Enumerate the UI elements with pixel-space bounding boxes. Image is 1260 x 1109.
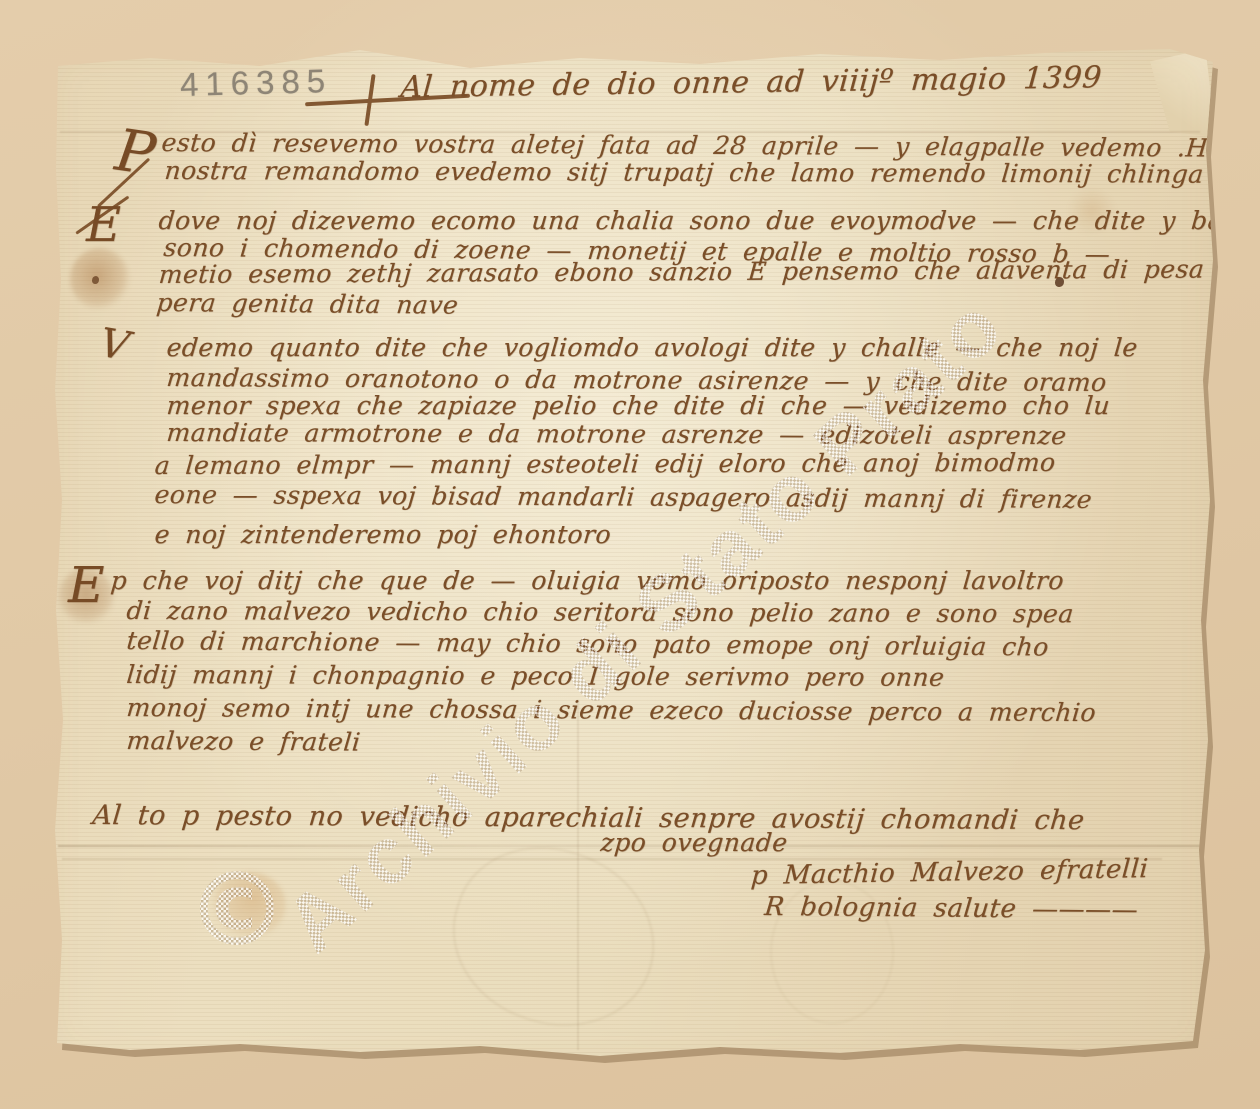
fold-crease xyxy=(60,131,1200,133)
initial-letter: E xyxy=(68,556,105,614)
flourish-stroke xyxy=(75,196,129,235)
initial-letter: E xyxy=(86,197,121,253)
manuscript-scan: 416385 PEVE Al nome de dio onne ad viiij… xyxy=(0,0,1260,1109)
body-line: mandassimo oranotono o da motrone asiren… xyxy=(165,363,1108,397)
manuscript-paper: 416385 PEVE Al nome de dio onne ad viiij… xyxy=(0,0,1260,1109)
body-line: dove noj dizevemo ecomo una chalia sono … xyxy=(157,206,1256,235)
closing-line: Al to p pesto no vedicho aparechiali sen… xyxy=(91,800,1086,836)
body-line: a lemano elmpr — mannj esteoteli edij el… xyxy=(154,448,1057,480)
fold-crease xyxy=(58,845,1206,847)
body-line: nostra remandomo evedemo sitj trupatj ch… xyxy=(163,156,1205,189)
paper-stain xyxy=(70,248,130,310)
initial-letter: P xyxy=(111,116,159,189)
closing-line: zpo ovegnade xyxy=(599,828,788,857)
paper-stain xyxy=(58,568,114,626)
body-line: p che voj ditj che que de — oluigia vomo… xyxy=(109,566,1065,595)
archival-number: 416385 xyxy=(180,62,333,104)
body-line: esto dì resevemo vostra aletej fata ad 2… xyxy=(160,128,1260,163)
body-line: di zano malvezo vedicho chio seritora so… xyxy=(125,596,1075,628)
ink-bleedthrough-mark xyxy=(770,880,894,1024)
ink-blot xyxy=(92,276,99,284)
body-line: sono i chomendo di zoene — monetij et ep… xyxy=(162,233,1111,269)
fold-crease xyxy=(62,858,1162,860)
initial-letter: V xyxy=(96,320,132,370)
invocation-date-line: Al nome de dio onne ad viiijº magio 1399 xyxy=(399,60,1103,105)
body-line: tello di marchione — may chio sono pato … xyxy=(125,626,1050,661)
paper-corner-fold xyxy=(1150,49,1216,137)
body-line: lidij mannj i chonpagnio e peco I gole s… xyxy=(125,660,945,692)
body-line: metio esemo zethj zarasato ebono sanzio … xyxy=(158,255,1206,289)
body-line: monoj semo intj une chossa i sieme ezeco… xyxy=(125,693,1097,727)
body-line: menor spexa che zapiaze pelio che dite d… xyxy=(165,391,1111,420)
ink-bleedthrough-mark xyxy=(430,823,678,1052)
body-line: mandiate armotrone e da motrone asrenze … xyxy=(165,418,1068,450)
paper-stain xyxy=(1066,188,1118,234)
body-line: e noj zintenderemo poj ehontoro xyxy=(153,520,612,549)
ink-blot xyxy=(1055,277,1064,287)
signature-line: R bolognia salute ———— xyxy=(763,892,1139,925)
body-line: edemo quanto dite che vogliomdo avologi … xyxy=(165,333,1139,362)
body-line: pera genita dita nave xyxy=(155,288,459,320)
flourish-stroke xyxy=(97,158,150,208)
fold-crease xyxy=(577,700,579,1050)
paper-stain xyxy=(212,872,286,938)
body-line: malvezo e frateli xyxy=(125,726,362,757)
ink-cross-mark xyxy=(364,74,375,126)
signature-line: p Macthio Malvezo efratelli xyxy=(750,854,1149,891)
body-line: eone — sspexa voj bisad mandarli aspager… xyxy=(153,480,1093,514)
ink-cross-mark xyxy=(305,94,470,106)
